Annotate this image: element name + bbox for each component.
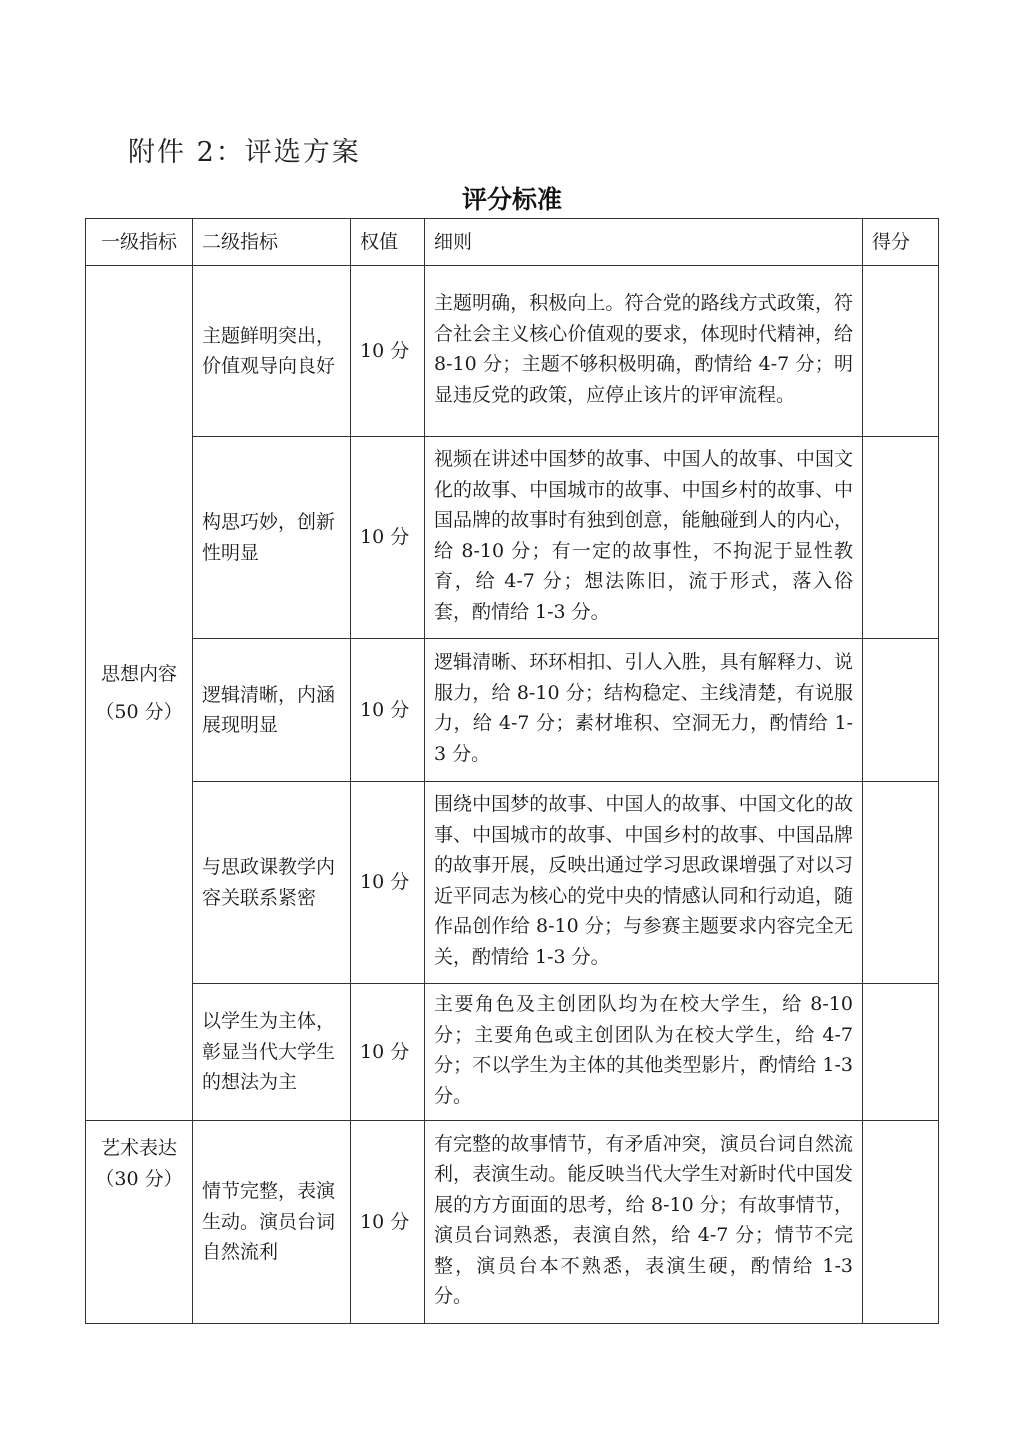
header-detail: 细则 bbox=[425, 219, 863, 266]
weight-cell: 10 分 bbox=[351, 266, 425, 437]
detail-cell: 有完整的故事情节，有矛盾冲突，演员台词自然流利，表演生动。能反映当代大学生对新时… bbox=[425, 1121, 863, 1324]
header-level2: 二级指标 bbox=[193, 219, 351, 266]
score-cell[interactable] bbox=[863, 984, 939, 1121]
table-header-row: 一级指标 二级指标 权值 细则 得分 bbox=[86, 219, 939, 266]
level1-name: 思想内容 bbox=[95, 659, 183, 690]
detail-cell: 主题明确，积极向上。符合党的路线方式政策，符合社会主义核心价值观的要求，体现时代… bbox=[425, 266, 863, 437]
level1-points: （50 分） bbox=[95, 697, 183, 728]
header-weight: 权值 bbox=[351, 219, 425, 266]
table-row: 以学生为主体，彰显当代大学生的想法为主 10 分 主要角色及主创团队均为在校大学… bbox=[86, 984, 939, 1121]
attachment-label: 附件 2：评选方案 bbox=[128, 130, 361, 169]
level2-indicator: 与思政课教学内容关联系紧密 bbox=[193, 782, 351, 984]
level1-name: 艺术表达 bbox=[95, 1133, 183, 1164]
score-cell[interactable] bbox=[863, 1121, 939, 1324]
weight-cell: 10 分 bbox=[351, 984, 425, 1121]
header-level1: 一级指标 bbox=[86, 219, 193, 266]
detail-cell: 主要角色及主创团队均为在校大学生，给 8-10 分；主要角色或主创团队为在校大学… bbox=[425, 984, 863, 1121]
score-cell[interactable] bbox=[863, 639, 939, 782]
level1-artistic-expression: 艺术表达 （30 分） bbox=[86, 1121, 193, 1324]
weight-cell: 10 分 bbox=[351, 437, 425, 639]
weight-cell: 10 分 bbox=[351, 639, 425, 782]
header-score: 得分 bbox=[863, 219, 939, 266]
table-row: 构思巧妙，创新性明显 10 分 视频在讲述中国梦的故事、中国人的故事、中国文化的… bbox=[86, 437, 939, 639]
level2-indicator: 情节完整，表演生动。演员台词自然流利 bbox=[193, 1121, 351, 1324]
table-title: 评分标准 bbox=[0, 180, 1024, 216]
scoring-criteria-table: 一级指标 二级指标 权值 细则 得分 思想内容 （50 分） 主题鲜明突出，价值… bbox=[85, 218, 939, 1324]
level2-indicator: 构思巧妙，创新性明显 bbox=[193, 437, 351, 639]
table-row: 与思政课教学内容关联系紧密 10 分 围绕中国梦的故事、中国人的故事、中国文化的… bbox=[86, 782, 939, 984]
weight-cell: 10 分 bbox=[351, 782, 425, 984]
level1-thought-content: 思想内容 （50 分） bbox=[86, 266, 193, 1121]
score-cell[interactable] bbox=[863, 782, 939, 984]
detail-cell: 视频在讲述中国梦的故事、中国人的故事、中国文化的故事、中国城市的故事、中国乡村的… bbox=[425, 437, 863, 639]
detail-cell: 逻辑清晰、环环相扣、引人入胜，具有解释力、说服力，给 8-10 分；结构稳定、主… bbox=[425, 639, 863, 782]
score-cell[interactable] bbox=[863, 266, 939, 437]
table-row: 艺术表达 （30 分） 情节完整，表演生动。演员台词自然流利 10 分 有完整的… bbox=[86, 1121, 939, 1324]
weight-cell: 10 分 bbox=[351, 1121, 425, 1324]
level2-indicator: 逻辑清晰，内涵展现明显 bbox=[193, 639, 351, 782]
level2-indicator: 主题鲜明突出，价值观导向良好 bbox=[193, 266, 351, 437]
table-row: 思想内容 （50 分） 主题鲜明突出，价值观导向良好 10 分 主题明确，积极向… bbox=[86, 266, 939, 437]
level1-points: （30 分） bbox=[95, 1164, 183, 1195]
detail-cell: 围绕中国梦的故事、中国人的故事、中国文化的故事、中国城市的故事、中国乡村的故事、… bbox=[425, 782, 863, 984]
table-row: 逻辑清晰，内涵展现明显 10 分 逻辑清晰、环环相扣、引人入胜，具有解释力、说服… bbox=[86, 639, 939, 782]
level2-indicator: 以学生为主体，彰显当代大学生的想法为主 bbox=[193, 984, 351, 1121]
score-cell[interactable] bbox=[863, 437, 939, 639]
